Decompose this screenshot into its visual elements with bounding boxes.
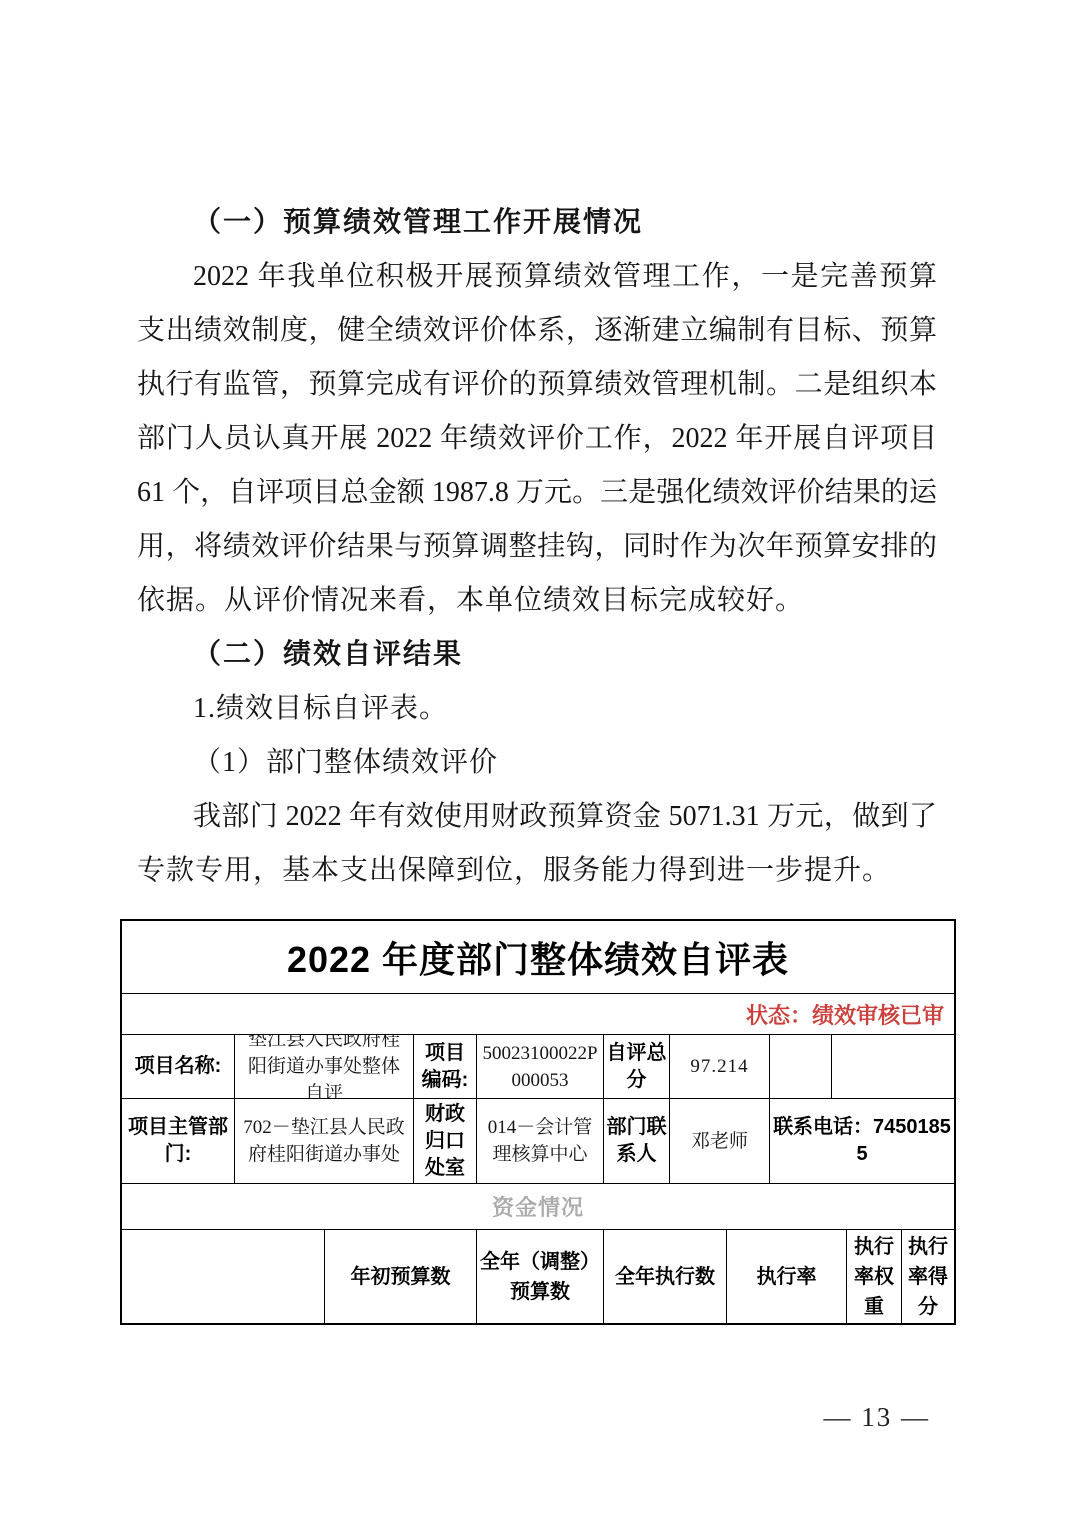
subsection-line: （1）部门整体绩效评价 [137, 736, 937, 790]
project-info-row: 项目名称: 垫江县人民政府桂阳街道办事处整体自评 项目编码: 500231000… [122, 1035, 954, 1099]
funds-section-row: 资金情况 [122, 1184, 954, 1230]
header-execution-rate: 执行率 [727, 1230, 847, 1323]
project-name-label: 项目名称: [122, 1035, 235, 1098]
table-title-row: 2022 年度部门整体绩效自评表 [122, 921, 954, 994]
paragraph-line: 支出绩效制度，健全绩效评价体系，逐渐建立编制有目标、预算 [137, 304, 937, 358]
header-executed-amount: 全年执行数 [604, 1230, 727, 1323]
empty-cell [122, 1230, 325, 1323]
page-number: — 13 — [824, 1402, 931, 1433]
paragraph-line: 我部门 2022 年有效使用财政预算资金 5071.31 万元，做到了 [137, 790, 937, 844]
finance-office-label: 财政归口处室 [414, 1099, 477, 1183]
self-score-value: 97.214 [670, 1035, 770, 1098]
paragraph-line: 用，将绩效评价结果与预算调整挂钩，同时作为次年预算安排的 [137, 520, 937, 574]
paragraph-line: 执行有监管，预算完成有评价的预算绩效管理机制。二是组织本 [137, 358, 937, 412]
dept-value: 702－垫江县人民政府桂阳街道办事处 [235, 1099, 414, 1183]
header-initial-budget: 年初预算数 [325, 1230, 477, 1323]
subsection-line: 1.绩效目标自评表。 [137, 682, 937, 736]
project-code-label: 项目编码: [414, 1035, 477, 1098]
funds-header-row: 年初预算数 全年（调整）预算数 全年执行数 执行率 执行率权重 执行率得分 [122, 1230, 954, 1323]
finance-office-value: 014－会计管理核算中心 [477, 1099, 604, 1183]
header-rate-score: 执行率得分 [902, 1230, 954, 1323]
project-name-value: 垫江县人民政府桂阳街道办事处整体自评 [235, 1035, 414, 1098]
section-heading-2: （二）绩效自评结果 [137, 628, 937, 682]
paragraph-line: 依据。从评价情况来看，本单位绩效目标完成较好。 [137, 574, 937, 628]
header-adjusted-budget: 全年（调整）预算数 [477, 1230, 604, 1323]
project-code-value: 50023100022P000053 [477, 1035, 604, 1098]
table-status-row: 状态：绩效审核已审 [122, 994, 954, 1035]
dept-label: 项目主管部门: [122, 1099, 235, 1183]
contact-phone: 联系电话：74501855 [770, 1099, 954, 1183]
empty-cell [770, 1035, 832, 1098]
paragraph-line: 61 个，自评项目总金额 1987.8 万元。三是强化绩效评价结果的运 [137, 466, 937, 520]
contact-value: 邓老师 [670, 1099, 770, 1183]
table-title: 2022 年度部门整体绩效自评表 [122, 932, 954, 983]
department-info-row: 项目主管部门: 702－垫江县人民政府桂阳街道办事处 财政归口处室 014－会计… [122, 1099, 954, 1184]
funds-section-label: 资金情况 [492, 1191, 584, 1222]
header-rate-weight: 执行率权重 [847, 1230, 902, 1323]
self-evaluation-table: 2022 年度部门整体绩效自评表 状态：绩效审核已审 项目名称: 垫江县人民政府… [120, 919, 956, 1325]
document-page: （一）预算绩效管理工作开展情况 2022 年我单位积极开展预算绩效管理工作，一是… [0, 0, 1074, 1520]
self-score-label: 自评总分 [604, 1035, 670, 1098]
status-badge: 状态：绩效审核已审 [122, 999, 954, 1030]
empty-cell [832, 1035, 954, 1098]
paragraph-line: 2022 年我单位积极开展预算绩效管理工作，一是完善预算 [137, 250, 937, 304]
body-text: （一）预算绩效管理工作开展情况 2022 年我单位积极开展预算绩效管理工作，一是… [137, 196, 937, 898]
contact-label: 部门联系人 [604, 1099, 670, 1183]
section-heading-1: （一）预算绩效管理工作开展情况 [137, 196, 937, 250]
paragraph-line: 部门人员认真开展 2022 年绩效评价工作，2022 年开展自评项目 [137, 412, 937, 466]
paragraph-line: 专款专用，基本支出保障到位，服务能力得到进一步提升。 [137, 844, 937, 898]
